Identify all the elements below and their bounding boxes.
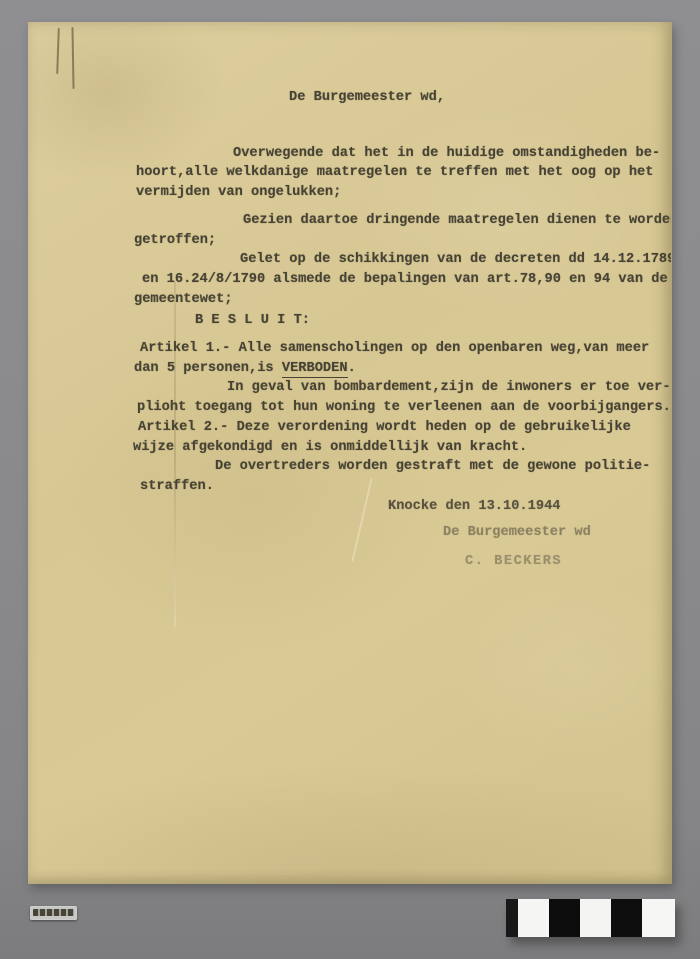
ruler-tick-marks xyxy=(33,909,74,916)
pencil-mark xyxy=(71,27,74,89)
doc-line: Artikel 2.- Deze verordening wordt heden… xyxy=(138,418,671,438)
paragraph-closing: De overtreders worden gestraft met de ge… xyxy=(133,457,671,496)
doc-line: gemeentewet; xyxy=(134,290,671,310)
doc-line: vermijden van ongelukken; xyxy=(136,183,671,203)
doc-text-segment: dan 5 personen,is xyxy=(134,361,282,376)
doc-line: getroffen; xyxy=(134,231,671,251)
doc-line: Gelet op de schikkingen van de decreten … xyxy=(240,250,671,270)
scale-square xyxy=(518,899,549,937)
scale-square xyxy=(642,899,675,937)
archive-photo-background: De Burgemeester wd, Overwegende dat het … xyxy=(0,0,700,959)
dateline: Knocke den 13.10.1944 xyxy=(388,497,671,517)
scale-square xyxy=(549,899,580,937)
doc-line: Overwegende dat het in de huidige omstan… xyxy=(233,144,671,164)
pencil-mark xyxy=(56,28,60,74)
small-scale-ruler xyxy=(30,906,77,920)
photo-scale-bar xyxy=(506,899,675,937)
doc-line: hoort,alle welkdanige maatregelen te tre… xyxy=(136,163,671,183)
doc-line: Artikel 1.- Alle samenscholingen op den … xyxy=(140,339,671,359)
scale-square xyxy=(506,899,518,937)
paragraph-gelet: Gelet op de schikkingen van de decreten … xyxy=(133,250,671,309)
paragraph-considerations: Overwegende dat het in de huidige omstan… xyxy=(133,144,671,203)
document-text: De Burgemeester wd, Overwegende dat het … xyxy=(133,88,671,572)
doc-line: In geval van bombardement,zijn de inwone… xyxy=(227,378,671,398)
besluit-heading: B E S L U I T: xyxy=(195,311,671,331)
doc-line: en 16.24/8/1790 alsmede de bepalingen va… xyxy=(142,270,671,290)
doc-line: Gezien daartoe dringende maatregelen die… xyxy=(243,211,671,231)
doc-line: plioht toegang tot hun woning te verleen… xyxy=(137,398,671,418)
document-heading: De Burgemeester wd, xyxy=(289,88,671,108)
doc-line: De overtreders worden gestraft met de ge… xyxy=(215,457,671,477)
doc-line: dan 5 personen,is VERBODEN. xyxy=(134,359,671,379)
article-1: Artikel 1.- Alle samenscholingen op den … xyxy=(133,339,671,418)
doc-text-segment: . xyxy=(348,361,356,376)
doc-line: wijze afgekondigd en is onmiddellijk van… xyxy=(133,438,671,458)
paragraph-gezien: Gezien daartoe dringende maatregelen die… xyxy=(133,211,671,250)
scale-square xyxy=(580,899,611,937)
scale-square xyxy=(611,899,642,937)
doc-line: straffen. xyxy=(140,477,671,497)
signature-name: C. BECKERS xyxy=(465,552,671,572)
signoff-title: De Burgemeester wd xyxy=(443,523,671,543)
article-2: Artikel 2.- Deze verordening wordt heden… xyxy=(133,418,671,457)
verboden-underlined-word: VERBODEN xyxy=(282,361,348,378)
